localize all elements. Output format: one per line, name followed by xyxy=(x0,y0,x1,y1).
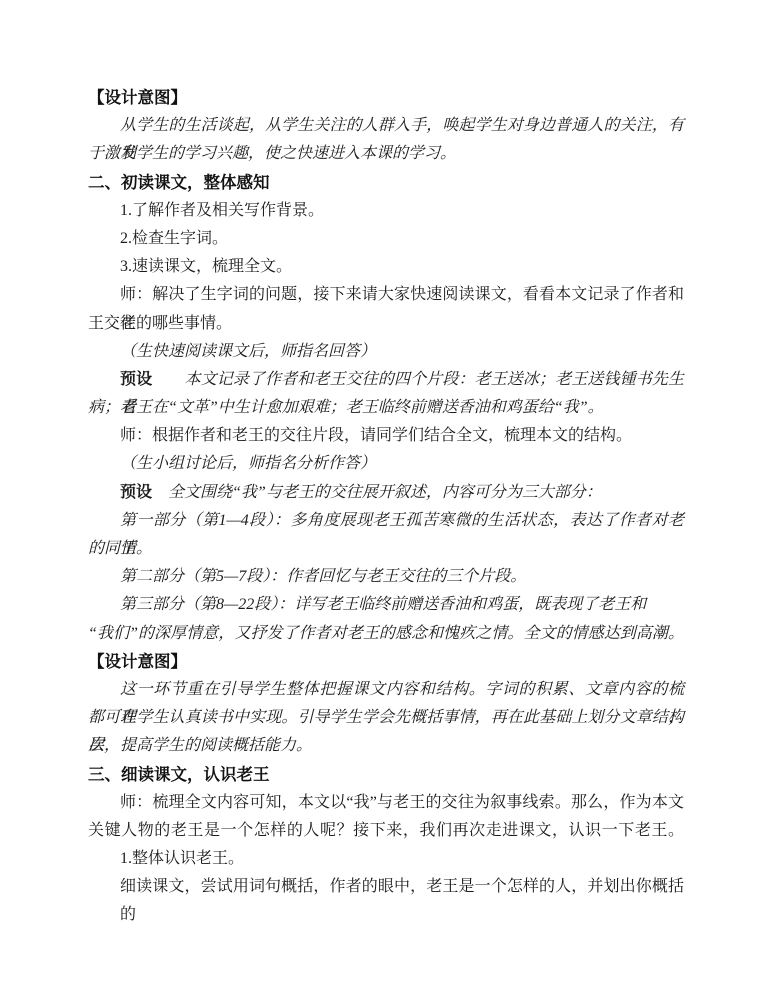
line-text: （生快速阅读课文后，师指名回答） xyxy=(120,343,376,360)
line-text: 第三部分（第8—22段）：详写老王临终前赠送香油和鸡蛋，既表现了老王和 xyxy=(120,596,646,613)
document-line: 细读课文，尝试用词句概括，作者的眼中，老王是一个怎样的人，并划出你概括的 xyxy=(88,873,684,901)
document-line: 关键人物的老王是一个怎样的人呢？接下来，我们再次走进课文，认识一下老王。 xyxy=(88,817,684,845)
line-text: 2.检查生字词。 xyxy=(120,230,228,247)
document-line: 第一部分（第1—4段）：多角度展现老王孤苦寒微的生活状态，表达了作者对老王 xyxy=(88,507,684,535)
line-text: 三、细读课文，认识老王 xyxy=(88,766,270,784)
document-line: 【设计意图】 xyxy=(88,84,684,112)
document-line: 1.了解作者及相关写作背景。 xyxy=(88,197,684,225)
document-line: 都可在学生认真读书中实现。引导学生学会先概括事情，再在此基础上划分文章结构层 xyxy=(88,704,684,732)
line-text: 二、初读课文，整体感知 xyxy=(88,174,270,192)
line-text: 病；老王在“文革”中生计愈加艰难；老王临终前赠送香油和鸡蛋给“我”。 xyxy=(88,399,604,416)
preset-label: 预设 xyxy=(120,484,152,501)
document-line: 这一环节重在引导学生整体把握课文内容和结构。字词的积累、文章内容的梳理， xyxy=(88,676,684,704)
document-line: 【设计意图】 xyxy=(88,648,684,676)
line-text: 的同情。 xyxy=(88,540,152,557)
document-line: 于激发学生的学习兴趣，使之快速进入本课的学习。 xyxy=(88,140,684,168)
line-text: 细读课文，尝试用词句概括，作者的眼中，老王是一个怎样的人，并划出你概括的 xyxy=(120,878,684,923)
document-line: 师：根据作者和老王的交往片段，请同学们结合全文，梳理本文的结构。 xyxy=(88,422,684,450)
document-line: 师：解决了生字词的问题，接下来请大家快速阅读课文，看看本文记录了作者和老 xyxy=(88,281,684,309)
document-line: 第二部分（第5—7段）：作者回忆与老王交往的三个片段。 xyxy=(88,563,684,591)
line-text: 1.了解作者及相关写作背景。 xyxy=(120,202,324,219)
document-line: 3.速读课文，梳理全文。 xyxy=(88,253,684,281)
line-text: “我们”的深厚情意，又抒发了作者对老王的感念和愧疚之情。全文的情感达到高潮。 xyxy=(88,625,684,642)
document-line: 三、细读课文，认识老王 xyxy=(88,761,684,789)
document-line: 预设 本文记录了作者和老王交往的四个片段：老王送冰；老王送钱锺书先生看 xyxy=(88,366,684,394)
document-line: 二、初读课文，整体感知 xyxy=(88,169,684,197)
line-text: 3.速读课文，梳理全文。 xyxy=(120,258,292,275)
document-line: 病；老王在“文革”中生计愈加艰难；老王临终前赠送香油和鸡蛋给“我”。 xyxy=(88,394,684,422)
document-line: 2.检查生字词。 xyxy=(88,225,684,253)
line-text: 王交往的哪些事情。 xyxy=(88,315,232,332)
document-line: 第三部分（第8—22段）：详写老王临终前赠送香油和鸡蛋，既表现了老王和 xyxy=(88,591,684,619)
document-line: 预设 全文围绕“我”与老王的交往展开叙述，内容可分为三大部分： xyxy=(88,479,684,507)
document-line: 王交往的哪些事情。 xyxy=(88,310,684,338)
line-text: 【设计意图】 xyxy=(88,89,187,107)
line-text: 1.整体认识老王。 xyxy=(120,850,244,867)
line-text: （生小组讨论后，师指名分析作答） xyxy=(120,455,376,472)
document-line: 1.整体认识老王。 xyxy=(88,845,684,873)
document-line: 师：梳理全文内容可知，本文以“我”与老王的交往为叙事线索。那么，作为本文 xyxy=(88,789,684,817)
document-line: “我们”的深厚情意，又抒发了作者对老王的感念和愧疚之情。全文的情感达到高潮。 xyxy=(88,620,684,648)
line-text: 于激发学生的学习兴趣，使之快速进入本课的学习。 xyxy=(88,145,456,162)
document-line: （生快速阅读课文后，师指名回答） xyxy=(88,338,684,366)
document-body: 【设计意图】从学生的生活谈起，从学生关注的人群入手，唤起学生对身边普通人的关注，… xyxy=(88,84,684,901)
line-text: 关键人物的老王是一个怎样的人呢？接下来，我们再次走进课文，认识一下老王。 xyxy=(88,822,684,839)
line-text: 第二部分（第5—7段）：作者回忆与老王交往的三个片段。 xyxy=(120,568,526,585)
document-line: （生小组讨论后，师指名分析作答） xyxy=(88,450,684,478)
document-line: 从学生的生活谈起，从学生关注的人群入手，唤起学生对身边普通人的关注，有利 xyxy=(88,112,684,140)
document-line: 的同情。 xyxy=(88,535,684,563)
line-text: 次，提高学生的阅读概括能力。 xyxy=(88,737,312,754)
document-page: 【设计意图】从学生的生活谈起，从学生关注的人群入手，唤起学生对身边普通人的关注，… xyxy=(0,0,770,1000)
line-text: 全文围绕“我”与老王的交往展开叙述，内容可分为三大部分： xyxy=(152,484,602,501)
line-text: 师：根据作者和老王的交往片段，请同学们结合全文，梳理本文的结构。 xyxy=(120,427,632,444)
line-text: 师：梳理全文内容可知，本文以“我”与老王的交往为叙事线索。那么，作为本文 xyxy=(120,794,684,811)
line-text: 【设计意图】 xyxy=(88,653,187,671)
preset-label: 预设 xyxy=(120,371,152,388)
document-line: 次，提高学生的阅读概括能力。 xyxy=(88,732,684,760)
